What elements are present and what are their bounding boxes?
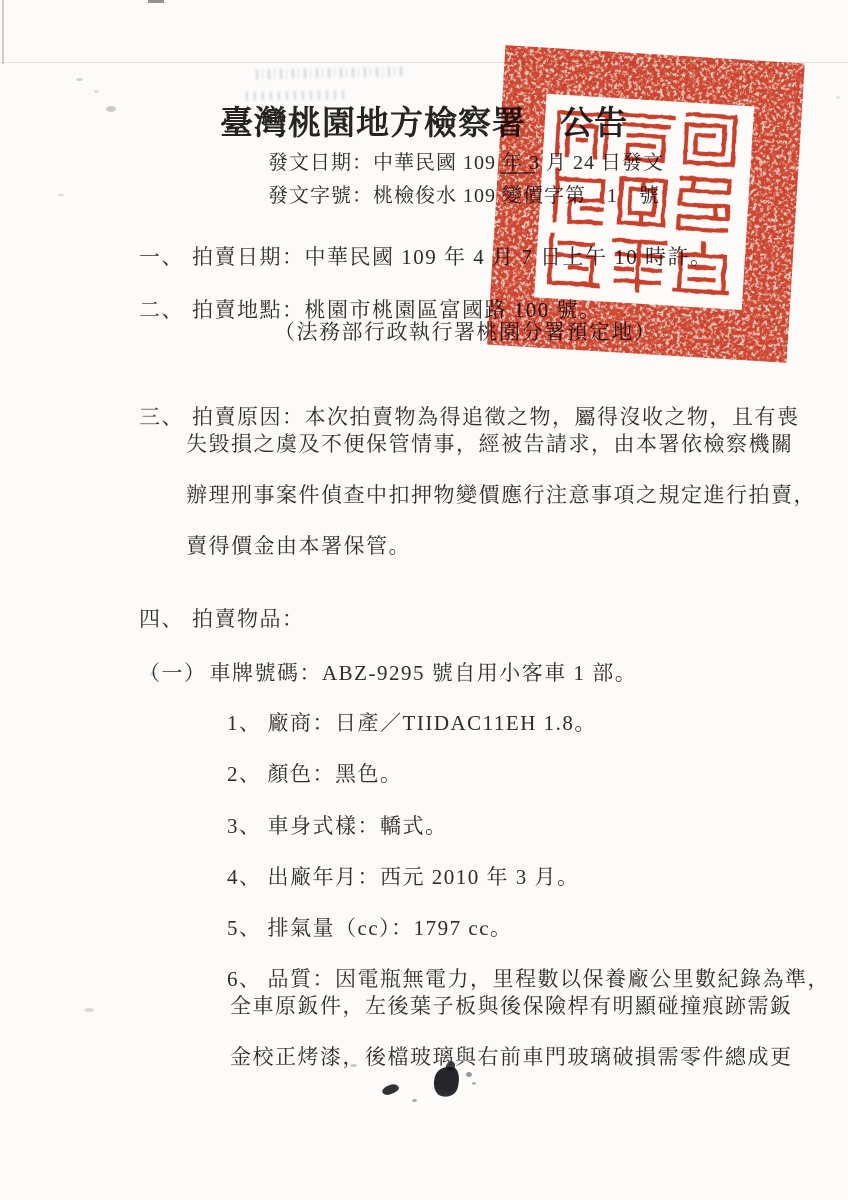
issue-date-line: 發文日期：中華民國 109 年 3 月 24 日發文 <box>268 152 664 174</box>
section-number: 一、 <box>139 245 184 269</box>
item-text: 出廠年月：西元 2010 年 3 月。 <box>268 865 580 889</box>
ink-speck <box>466 1072 472 1077</box>
scan-left-edge-mark <box>2 0 4 64</box>
item-number: 2、 <box>227 762 262 786</box>
row-auction-reason-cont: 失毀損之虞及不便保管情事，經被告請求，由本署依檢察機關 <box>186 432 794 456</box>
item-number: 5、 <box>227 916 262 940</box>
section-number: 二、 <box>139 298 184 322</box>
section-number: 四、 <box>139 607 184 631</box>
item-text: 品質：因電瓶無電力，里程數以保養廠公里數紀錄為準， <box>268 967 831 991</box>
scan-speck <box>106 106 116 112</box>
ink-smudge <box>381 1083 400 1097</box>
group-text: 車牌號碼：ABZ-9295 號自用小客車 1 部。 <box>210 661 638 685</box>
section-text: 拍賣物品： <box>192 607 305 631</box>
scan-speck <box>836 96 840 99</box>
row-item-quality-cont: 金校正烤漆，後檔玻璃與右前車門玻璃破損需零件總成更 <box>230 1045 793 1069</box>
ink-speck <box>472 1082 476 1085</box>
section-text: 拍賣地點：桃園市桃園區富國路 100 號。 <box>192 298 602 322</box>
item-number: 3、 <box>227 814 262 838</box>
item-number: 6、 <box>227 967 262 991</box>
row-auction-reason-cont: 辦理刑事案件偵查中扣押物變價應行注意事項之規定進行拍賣， <box>186 483 816 507</box>
ink-speck <box>412 1099 417 1102</box>
scan-top-speck <box>148 0 164 3</box>
section-number: 三、 <box>139 405 184 429</box>
item-number: 4、 <box>227 865 262 889</box>
section-text: 拍賣日期：中華民國 109 年 4 月 7 日上午 10 時許。 <box>192 245 713 269</box>
page-title: 臺灣桃園地方檢察署 公告 <box>220 97 628 144</box>
scan-edge-line <box>0 62 848 63</box>
row-place-note: （法務部行政執行署桃園分署預定地） <box>274 320 657 344</box>
announcement-document: 臺灣桃園地方檢察署 公告 發文日期：中華民國 109 年 3 月 24 日發文 … <box>0 0 848 1200</box>
group-number: （一） <box>139 661 207 685</box>
pencil-smudge <box>256 66 406 79</box>
item-text: 車身式樣：轎式。 <box>268 814 448 838</box>
row-auction-reason-cont: 賣得價金由本署保管。 <box>186 534 411 558</box>
scan-speck <box>58 194 64 196</box>
item-text: 排氣量（cc）：1797 cc。 <box>268 916 513 940</box>
section-text: 拍賣原因：本次拍賣物為得追徵之物，屬得沒收之物，且有喪 <box>192 405 800 429</box>
scan-speck <box>94 90 99 93</box>
item-text: 廠商：日產／TIIDAC11EH 1.8。 <box>268 711 597 735</box>
issue-number-line: 發文字號：桃檢俊水 109 變價字第 1 號 <box>268 185 660 207</box>
row-item-quality-cont: 全車原鈑件，左後葉子板與後保險桿有明顯碰撞痕跡需鈑 <box>230 994 793 1018</box>
item-number: 1、 <box>227 711 262 735</box>
scan-speck <box>84 1008 94 1012</box>
item-text: 顏色：黑色。 <box>268 762 403 786</box>
scan-speck <box>76 78 83 81</box>
